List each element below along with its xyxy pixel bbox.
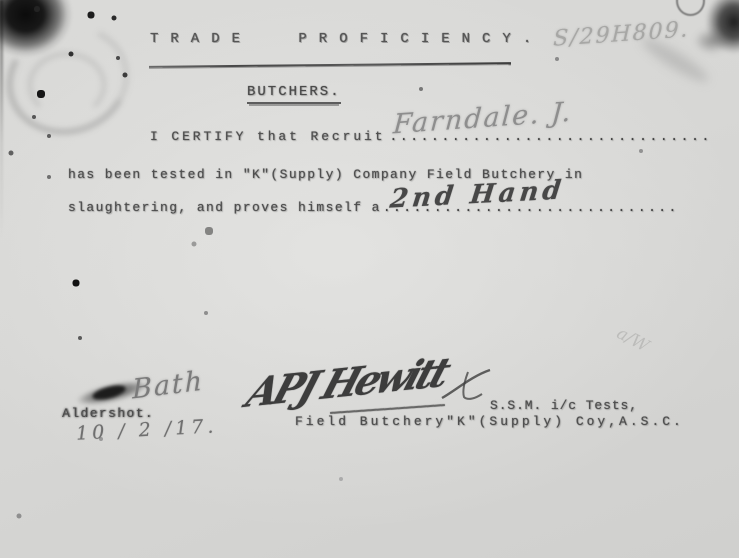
title-underline bbox=[149, 62, 511, 68]
signer-unit-line2: Field Butchery"K"(Supply) Coy,A.S.C. bbox=[295, 414, 684, 429]
certify-line-text: I CERTIFY that Recruit bbox=[150, 129, 385, 144]
ink-swirl-top-left-2 bbox=[28, 52, 106, 118]
signature-flourish bbox=[438, 364, 496, 408]
scanned-certificate: TRADE PROFICIENCY. S/29H809. BUTCHERS. I… bbox=[0, 0, 739, 558]
margin-pencil-scribble: a/W bbox=[613, 323, 652, 356]
grade-line: slaughtering, and proves himself a......… bbox=[68, 200, 679, 215]
scan-edge-shadow bbox=[0, 0, 3, 240]
signer-unit-line1: S.S.M. i/c Tests, bbox=[490, 398, 638, 413]
document-title: TRADE PROFICIENCY. bbox=[150, 31, 543, 47]
ink-smudge-top-right bbox=[688, 24, 736, 58]
section-heading: BUTCHERS. bbox=[247, 84, 341, 104]
place-handwritten: Bath bbox=[132, 366, 204, 406]
grade-line-text: slaughtering, and proves himself a bbox=[68, 200, 381, 215]
